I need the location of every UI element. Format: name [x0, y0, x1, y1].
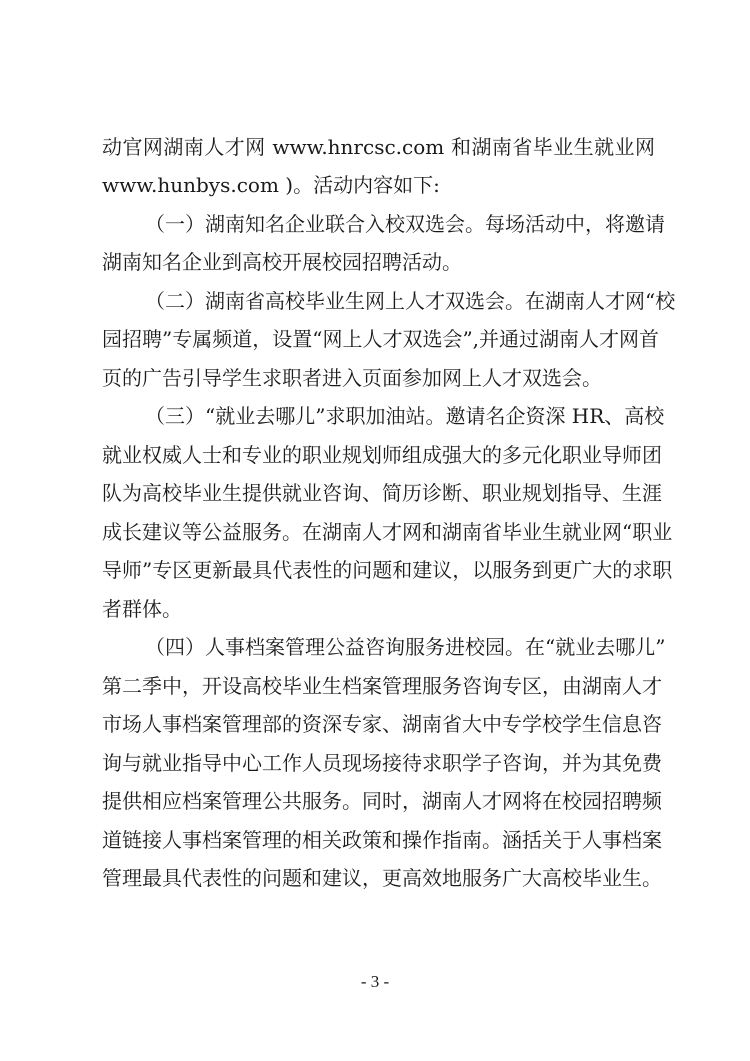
text-line: www.hunbys.com )。活动内容如下:	[102, 170, 655, 200]
text-line: 者群体。	[102, 594, 655, 624]
text-line: 湖南知名企业到高校开展校园招聘活动。	[102, 247, 655, 277]
text-line: （三）“就业去哪儿”求职加油站。邀请名企资深 HR、高校	[145, 401, 655, 431]
text-line: 队为高校毕业生提供就业咨询、简历诊断、职业规划指导、生涯	[102, 478, 655, 508]
text-line: 就业权威人士和专业的职业规划师组成强大的多元化职业导师团	[102, 440, 655, 470]
text-line: 询与就业指导中心工作人员现场接待求职学子咨询，并为其免费	[102, 748, 655, 778]
document-page: 动官网湖南人才网 www.hnrcsc.com 和湖南省毕业生就业网www.hu…	[0, 0, 750, 1061]
text-line: 道链接人事档案管理的相关政策和操作指南。涵括关于人事档案	[102, 825, 655, 855]
text-line: 导师”专区更新最具代表性的问题和建议，以服务到更广大的求职	[102, 555, 655, 585]
text-line: （一）湖南知名企业联合入校双选会。每场活动中，将邀请	[145, 209, 655, 239]
text-line: 市场人事档案管理部的资深专家、湖南省大中专学校学生信息咨	[102, 709, 655, 739]
text-line: （四）人事档案管理公益咨询服务进校园。在“就业去哪儿”	[145, 632, 655, 662]
text-line: 园招聘”专属频道，设置“网上人才双选会”,并通过湖南人才网首	[102, 324, 655, 354]
text-line: 动官网湖南人才网 www.hnrcsc.com 和湖南省毕业生就业网	[102, 132, 655, 162]
page-number: - 3 -	[0, 972, 750, 992]
text-line: （二）湖南省高校毕业生网上人才双选会。在湖南人才网“校	[145, 286, 655, 316]
text-line: 成长建议等公益服务。在湖南人才网和湖南省毕业生就业网“职业	[102, 517, 655, 547]
text-line: 页的广告引导学生求职者进入页面参加网上人才双选会。	[102, 363, 655, 393]
text-line: 第二季中，开设高校毕业生档案管理服务咨询专区，由湖南人才	[102, 671, 655, 701]
text-line: 提供相应档案管理公共服务。同时，湖南人才网将在校园招聘频	[102, 786, 655, 816]
text-line: 管理最具代表性的问题和建议，更高效地服务广大高校毕业生。	[102, 863, 655, 893]
